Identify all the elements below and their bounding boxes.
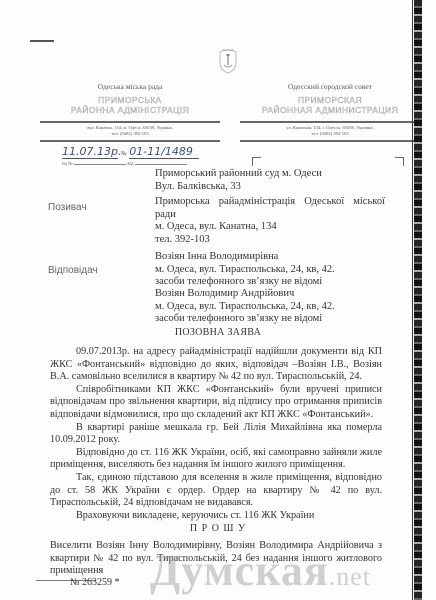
registration-line: 11.07.13р. № 01-11/1489 [62,145,199,159]
defendant1-name: Возіян Інна Володимирівна [155,251,335,264]
binding-edge [414,0,422,600]
claim-paragraph: Співробітниками КП ЖКС «Фонтанський» бул… [50,384,382,422]
letterhead-right: Одесский городской совет ПРИМОРСКАЯ РАЙО… [240,82,420,144]
header-rule [40,140,220,142]
plaintiff-phone: тел. 392-103 [155,234,385,247]
city-council-ru: Одесский городской совет [240,82,420,91]
plaintiff-details: Приморська райадміністрація Одеської міс… [155,196,385,246]
plaintiff-address: м. Одеса, вул. Канатна, 134 [155,221,385,234]
claim-body: 09.07.2013р. на адресу райадміністрації … [50,346,382,522]
address-field-corner [395,157,404,166]
claim-paragraph: Так, єдиною підставою для вселення в жил… [50,472,382,510]
registration-number: 01-11/1489 [129,145,199,159]
address-line2-ua: тел. (0482) 392-103 [40,131,220,137]
number-label: № [121,151,127,157]
watermark-suffix: .net [329,562,371,591]
document-serial-number: № 263259 * [70,577,120,588]
watermark: Думская.net [150,545,371,596]
defendant2-details: Возіян Володимир Андрійович м. Одеса, ву… [155,288,335,326]
claim-title: ПОЗОВНА ЗАЯВА [0,327,436,338]
plaintiff-name-line2: ради [155,209,385,222]
binding-edge-line [412,0,413,600]
city-council-ua: Одеська міська рада [40,82,220,91]
addressee: Приморський районний суд м. Одеси Вул. Б… [155,168,322,193]
claim-paragraph: 09.07.2013р. на адресу райадміністрації … [50,346,382,384]
address-line2-ru: тел. (0482) 392-103 [240,131,420,137]
defendant2-name: Возіян Володимир Андрійович [155,288,335,301]
watermark-text: Думская [150,546,329,595]
margin-mark [30,40,54,42]
header-rule [40,121,220,123]
plaintiff-label: Позивач [48,202,87,213]
admin-title-line2-ua: РАЙОННА АДМІНІСТРАЦІЯ [40,105,220,115]
plaintiff-name-line1: Приморська райадміністрація Одеської міс… [155,196,385,209]
court-address: Вул. Балківська, 33 [155,181,322,194]
header-rule [240,140,420,142]
defendant2-phone: засоби телефонного зв’язку не відомі [155,313,335,326]
claim-paragraph: В квартирі раніше мешкала гр. Бей Лілія … [50,422,382,447]
defendant2-address: м. Одеса, вул. Тираспольська, 24, кв, 42… [155,301,335,314]
letterhead-left: Одеська міська рада ПРИМОРСЬКА РАЙОННА А… [40,82,220,144]
claim-paragraph: Враховуючи викладене, керуючись ст. 116 … [50,510,382,523]
admin-title-line1-ru: ПРИМОРСКАЯ [240,95,420,105]
court-name: Приморський районний суд м. Одеси [155,168,322,181]
address-field-corner [252,157,261,166]
defendant1-details: Возіян Інна Володимирівна м. Одеса, вул.… [155,251,335,289]
admin-title-line2-ru: РАЙОННАЯ АДМИНИСТРАЦИЯ [240,105,420,115]
header-rule [240,121,420,123]
reference-line: на № від [62,162,187,167]
defendant1-address: м. Одеса, вул. Тираспольська, 24, кв, 42… [155,264,335,277]
scanned-document-page: Одеська міська рада ПРИМОРСЬКА РАЙОННА А… [0,0,436,600]
defendant1-phone: засоби телефонного зв’язку не відомі [155,276,335,289]
odesa-emblem-icon [218,48,238,74]
claim-paragraph: Відповідно до ст. 116 ЖК України, осіб, … [50,447,382,472]
registration-date: 11.07.13р. [62,145,118,159]
ref-label: на № [62,162,73,167]
admin-title-line1-ua: ПРИМОРСЬКА [40,95,220,105]
from-label: від [127,162,133,167]
request-title: П Р О Ш У [0,523,436,534]
defendant-label: Відповідач [48,265,98,276]
